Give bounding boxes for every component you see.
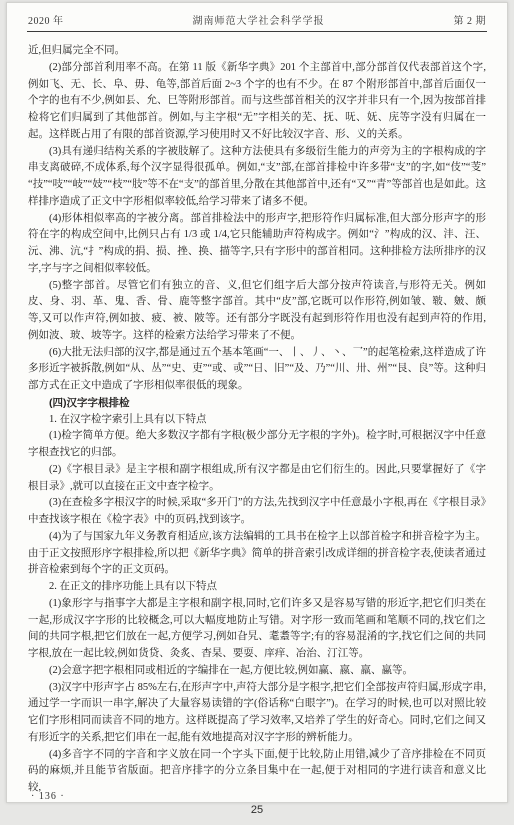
header-issue-number: 第 2 期	[454, 12, 487, 27]
list-item-heading: 1. 在汉字检字索引上具有以下特点	[28, 412, 486, 429]
body-paragraph: (1)检字简单方便。绝大多数汉字都有字根(极少部分无字根的字外)。检字时,可根据…	[28, 428, 486, 462]
header-year: 2020 年	[28, 12, 64, 27]
body-paragraph: (3)在查检多字根汉字的时候,采取“多开门”的方法,先找到汉字中任意最小字根,再…	[28, 495, 486, 529]
scanned-journal-page: { "header": { "year": "2020 年", "journal…	[0, 0, 514, 825]
folio-number: · 136 ·	[31, 791, 65, 802]
body-paragraph: (6)大批无法归部的汉字,都是通过五个基本笔画“一、丨、丿、丶、乛”的起笔检索,…	[28, 345, 486, 395]
running-header: 2020 年 湖南师范大学社会科学学报 第 2 期	[28, 12, 486, 27]
article-body: 近,但归属完全不同。 (2)部分部首利用率不高。在第 11 版《新华字典》201…	[28, 43, 486, 797]
header-journal-title: 湖南师范大学社会科学学报	[193, 12, 325, 27]
body-paragraph: (3)汉字中形声字占 85%左右,在形声字中,声符大部分是字根字,把它们全部按声…	[28, 680, 486, 747]
body-paragraph: (4)多音字不同的字音和字义放在同一个字头下面,便于比较,防止用错,减少了音序排…	[28, 747, 486, 797]
body-paragraph: (2)《字根目录》是主字根和副字根组成,所有汉字都是由它们衍生的。因此,只要掌握…	[28, 462, 486, 496]
body-paragraph: (4)为了与国家九年义务教育相适应,该方法编辑的工具书在检字上以部首检字和拼音检…	[28, 529, 486, 579]
body-paragraph: (2)部分部首利用率不高。在第 11 版《新华字典》201 个主部首中,部分部首…	[28, 60, 486, 144]
body-paragraph: (2)会意字把字根相同或相近的字编排在一起,方便比较,例如赢、嬴、羸、蠃等。	[28, 663, 486, 680]
body-paragraph: (4)形体相似率高的字被分离。部首排检法中的形声字,把形符作归属标准,但大部分形…	[28, 211, 486, 278]
body-paragraph: 近,但归属完全不同。	[28, 43, 486, 60]
pdf-page-number: 25	[0, 804, 514, 816]
paper-page: 2020 年 湖南师范大学社会科学学报 第 2 期 近,但归属完全不同。 (2)…	[6, 2, 508, 803]
section-heading: (四)汉字字根排检	[28, 395, 486, 412]
list-item-heading: 2. 在正文的排序功能上具有以下特点	[28, 579, 486, 596]
body-paragraph: (5)整字部首。尽管它们有独立的音、义,但它们组字后大部分按声符读音,与形符无关…	[28, 278, 486, 345]
header-rule	[27, 31, 487, 32]
body-paragraph: (1)象形字与指事字大都是主字根和副字根,同时,它们许多又是容易写错的形近字,把…	[28, 596, 486, 663]
body-paragraph: (3)具有递归结构关系的字被肢解了。这种方法使具有多级衍生能力的声旁为主的字根构…	[28, 144, 486, 211]
